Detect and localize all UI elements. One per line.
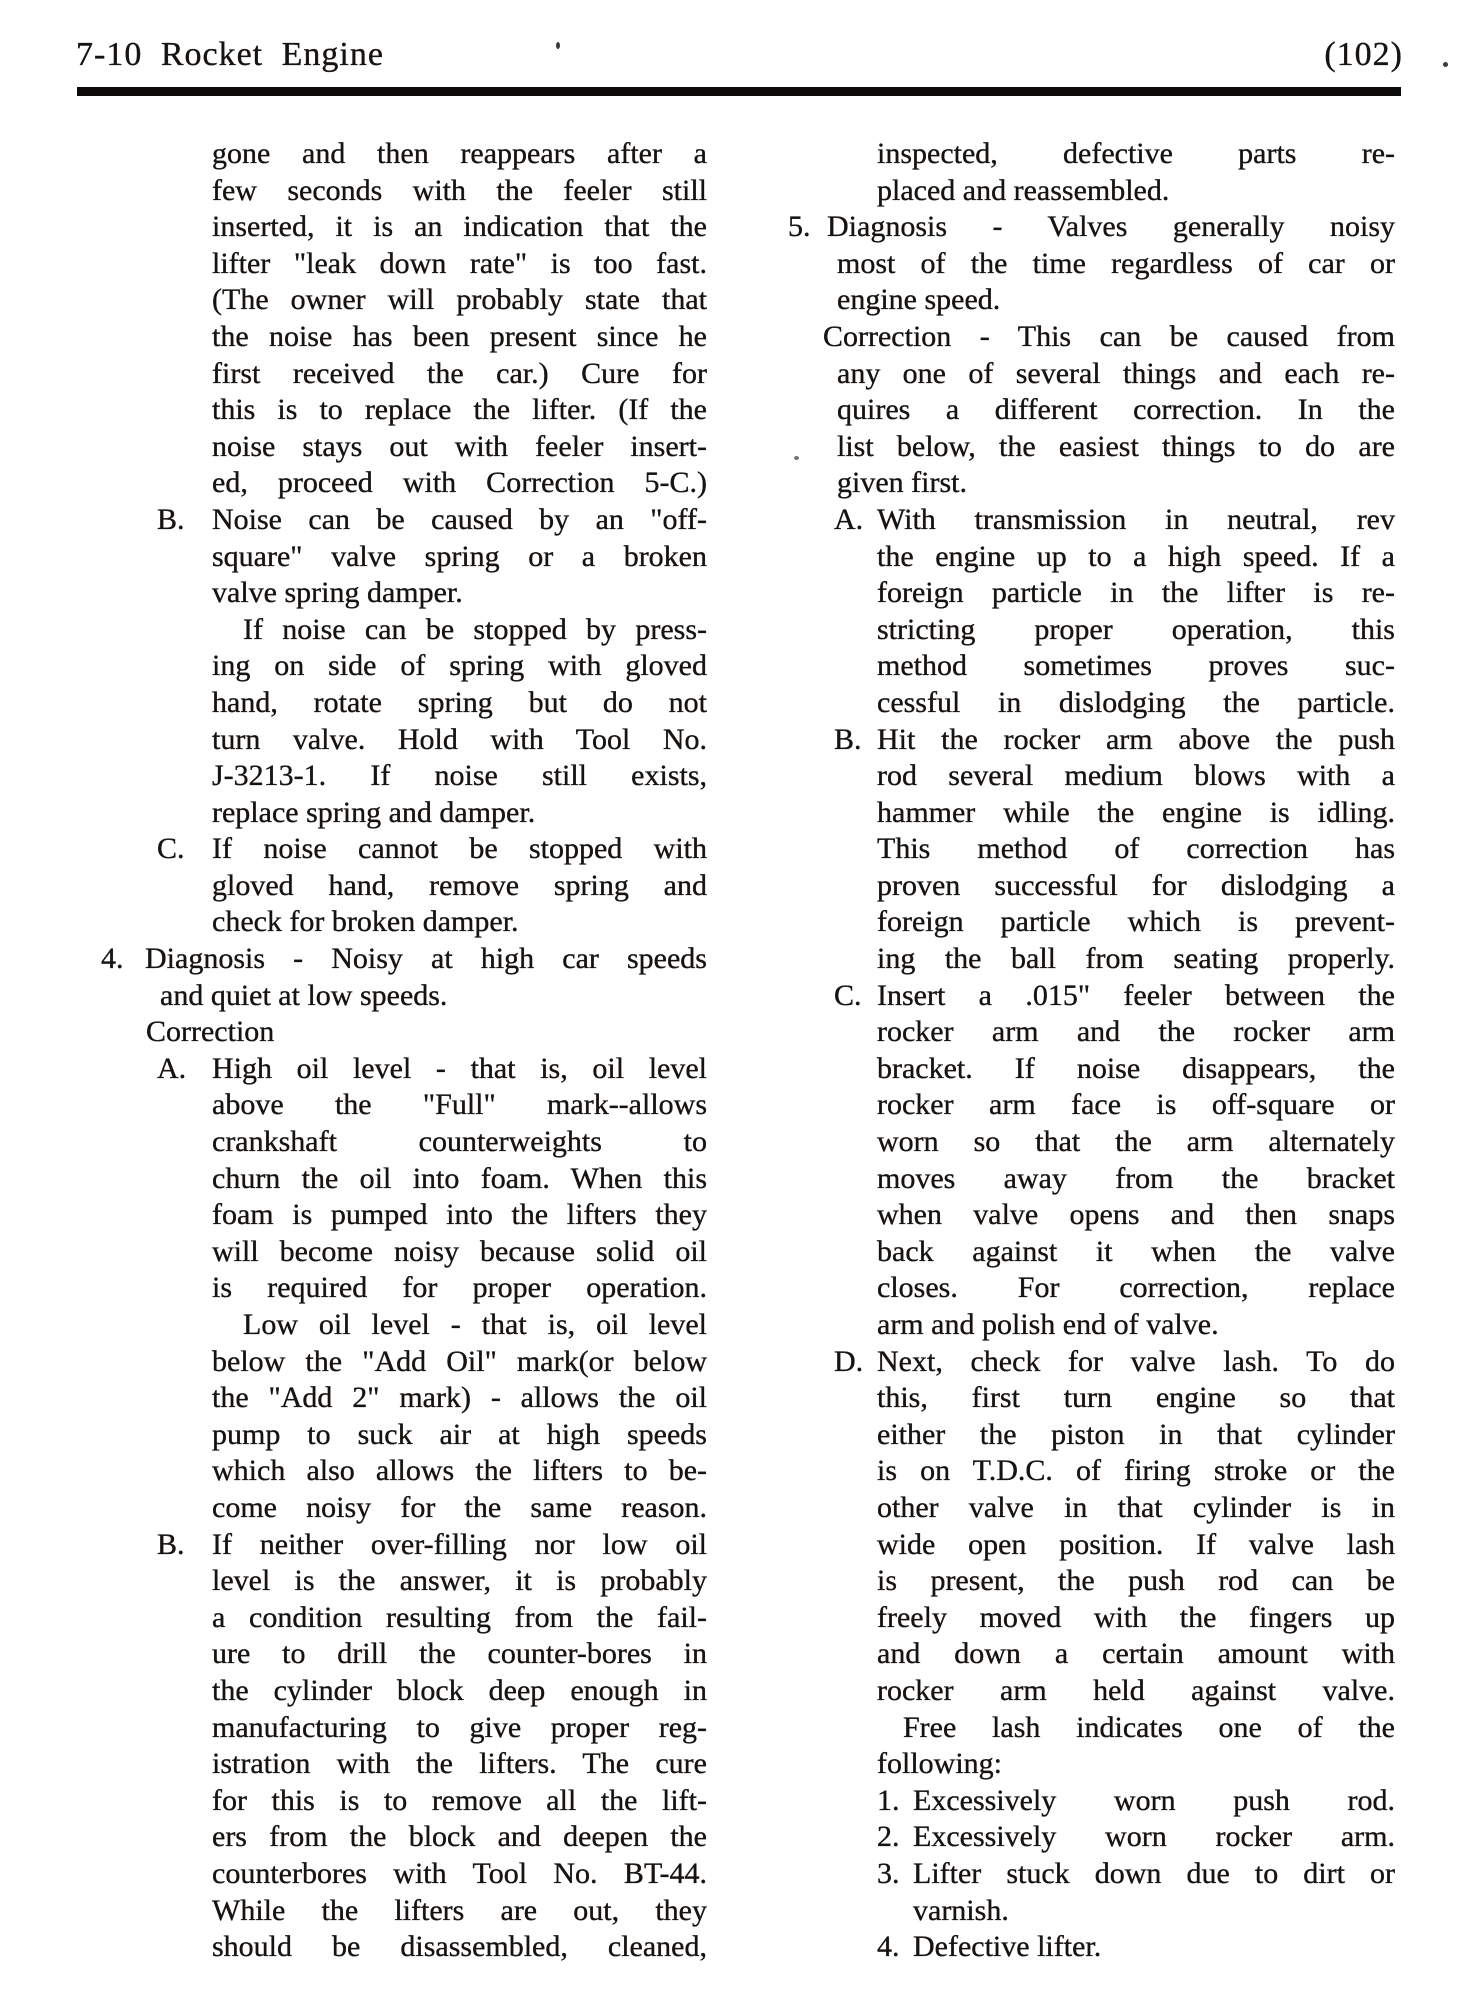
text-block: Correction bbox=[101, 1014, 707, 1051]
text-line: should be disassembled, cleaned, bbox=[212, 1929, 707, 1966]
text-line: varnish. bbox=[913, 1893, 1395, 1930]
text-line: lifter "leak down rate" is too fast. bbox=[212, 246, 707, 283]
right-column: inspected, defective parts re-placed and… bbox=[788, 136, 1395, 1966]
text-line: crankshaft counterweights to bbox=[212, 1124, 707, 1161]
text-block: gone and then reappears after afew secon… bbox=[101, 136, 707, 502]
text-line: Correction - This can be caused from bbox=[837, 319, 1395, 356]
text-line: is required for proper operation. bbox=[212, 1270, 707, 1307]
section-title: 7-10 Rocket Engine bbox=[76, 36, 384, 74]
text-line: valve spring damper. bbox=[212, 575, 707, 612]
text-line: placed and reassembled. bbox=[877, 173, 1395, 210]
scan-speck bbox=[1443, 62, 1448, 67]
list-label: A. bbox=[834, 502, 863, 539]
text-line: above the "Full" mark--allows bbox=[212, 1087, 707, 1124]
text-block: C.If noise cannot be stopped withgloved … bbox=[101, 831, 707, 941]
text-line: turn valve. Hold with Tool No. bbox=[212, 722, 707, 759]
text-line: is present, the push rod can be bbox=[877, 1563, 1395, 1600]
list-label: 4. bbox=[101, 941, 124, 978]
text-line: any one of several things and each re- bbox=[837, 356, 1395, 393]
text-block: inspected, defective parts re-placed and… bbox=[788, 136, 1395, 209]
text-block: 5.Diagnosis - Valves generally noisymost… bbox=[788, 209, 1395, 319]
text-line: ed, proceed with Correction 5-C.) bbox=[212, 465, 707, 502]
text-line: this, first turn engine so that bbox=[877, 1380, 1395, 1417]
text-line: counterbores with Tool No. BT-44. bbox=[212, 1856, 707, 1893]
text-line: rocker arm face is off-square or bbox=[877, 1087, 1395, 1124]
text-line: ure to drill the counter-bores in bbox=[212, 1636, 707, 1673]
text-line: Lifter stuck down due to dirt or bbox=[913, 1856, 1395, 1893]
page-number: (102) bbox=[1324, 36, 1403, 74]
text-line: cessful in dislodging the particle. bbox=[877, 685, 1395, 722]
text-line: Defective lifter. bbox=[913, 1929, 1395, 1966]
text-line: first received the car.) Cure for bbox=[212, 356, 707, 393]
text-line: pump to suck air at high speeds bbox=[212, 1417, 707, 1454]
text-line: square" valve spring or a broken bbox=[212, 539, 707, 576]
text-line: Insert a .015" feeler between the bbox=[877, 978, 1395, 1015]
text-line: If noise cannot be stopped with bbox=[212, 831, 707, 868]
text-line: rocker arm and the rocker arm bbox=[877, 1014, 1395, 1051]
text-block: 4.Diagnosis - Noisy at high car speedsan… bbox=[101, 941, 707, 1014]
list-label: 4. bbox=[877, 1929, 900, 1966]
text-block: 1.Excessively worn push rod. bbox=[788, 1783, 1395, 1820]
text-line: a condition resulting from the fail- bbox=[212, 1600, 707, 1637]
text-line: engine speed. bbox=[837, 282, 1395, 319]
list-label: 5. bbox=[788, 209, 811, 246]
text-line: High oil level - that is, oil level bbox=[212, 1051, 707, 1088]
text-line: inspected, defective parts re- bbox=[877, 136, 1395, 173]
text-line: Next, check for valve lash. To do bbox=[877, 1344, 1395, 1381]
left-column: gone and then reappears after afew secon… bbox=[101, 136, 707, 1966]
text-line: the noise has been present since he bbox=[212, 319, 707, 356]
text-line: arm and polish end of valve. bbox=[877, 1307, 1395, 1344]
text-line: gone and then reappears after a bbox=[212, 136, 707, 173]
text-line: hand, rotate spring but do not bbox=[212, 685, 707, 722]
text-line: rod several medium blows with a bbox=[877, 758, 1395, 795]
text-block: If noise can be stopped by press-ing on … bbox=[101, 612, 707, 832]
text-block: B.Hit the rocker arm above the pushrod s… bbox=[788, 722, 1395, 978]
text-line: ing on side of spring with gloved bbox=[212, 648, 707, 685]
text-line: churn the oil into foam. When this bbox=[212, 1161, 707, 1198]
text-block: D.Next, check for valve lash. To dothis,… bbox=[788, 1344, 1395, 1710]
text-line: stricting proper operation, this bbox=[877, 612, 1395, 649]
list-label: D. bbox=[834, 1344, 863, 1381]
list-label: 1. bbox=[877, 1783, 900, 1820]
list-label: B. bbox=[157, 1527, 185, 1564]
text-line: below the "Add Oil" mark(or below bbox=[212, 1344, 707, 1381]
text-line: moves away from the bracket bbox=[877, 1161, 1395, 1198]
text-line: wide open position. If valve lash bbox=[877, 1527, 1395, 1564]
manual-page: 7-10 Rocket Engine (102) gone and then r… bbox=[0, 0, 1483, 1992]
list-label: 3. bbox=[877, 1856, 900, 1893]
text-block: Free lash indicates one of thefollowing: bbox=[788, 1710, 1395, 1783]
text-line: the "Add 2" mark) - allows the oil bbox=[212, 1380, 707, 1417]
page-header: 7-10 Rocket Engine (102) bbox=[76, 36, 1403, 74]
text-block: C.Insert a .015" feeler between therocke… bbox=[788, 978, 1395, 1344]
text-line: hammer while the engine is idling. bbox=[877, 795, 1395, 832]
text-line: replace spring and damper. bbox=[212, 795, 707, 832]
text-line: This method of correction has bbox=[877, 831, 1395, 868]
text-line: when valve opens and then snaps bbox=[877, 1197, 1395, 1234]
text-line: If noise can be stopped by press- bbox=[212, 612, 707, 649]
text-line: gloved hand, remove spring and bbox=[212, 868, 707, 905]
text-line: bracket. If noise disappears, the bbox=[877, 1051, 1395, 1088]
text-line: noise stays out with feeler insert- bbox=[212, 429, 707, 466]
text-line: few seconds with the feeler still bbox=[212, 173, 707, 210]
text-line: Excessively worn rocker arm. bbox=[913, 1819, 1395, 1856]
text-line: Excessively worn push rod. bbox=[913, 1783, 1395, 1820]
list-label: 2. bbox=[877, 1819, 900, 1856]
text-line: rocker arm held against valve. bbox=[877, 1673, 1395, 1710]
text-line: following: bbox=[877, 1746, 1395, 1783]
text-line: freely moved with the fingers up bbox=[877, 1600, 1395, 1637]
text-line: foreign particle in the lifter is re- bbox=[877, 575, 1395, 612]
text-line: ers from the block and deepen the bbox=[212, 1819, 707, 1856]
text-line: either the piston in that cylinder bbox=[877, 1417, 1395, 1454]
scan-speck bbox=[556, 42, 560, 49]
text-line: Diagnosis - Noisy at high car speeds bbox=[160, 941, 707, 978]
header-rule bbox=[77, 87, 1401, 96]
text-line: Diagnosis - Valves generally noisy bbox=[837, 209, 1395, 246]
text-line: other valve in that cylinder is in bbox=[877, 1490, 1395, 1527]
text-block: 4.Defective lifter. bbox=[788, 1929, 1395, 1966]
scan-speck bbox=[794, 456, 799, 460]
text-line: foam is pumped into the lifters they bbox=[212, 1197, 707, 1234]
text-line: (The owner will probably state that bbox=[212, 282, 707, 319]
list-label: B. bbox=[157, 502, 185, 539]
text-line: this is to replace the lifter. (If the bbox=[212, 392, 707, 429]
text-line: which also allows the lifters to be- bbox=[212, 1453, 707, 1490]
text-line: for this is to remove all the lift- bbox=[212, 1783, 707, 1820]
text-line: Hit the rocker arm above the push bbox=[877, 722, 1395, 759]
text-line: list below, the easiest things to do are bbox=[837, 429, 1395, 466]
text-line: closes. For correction, replace bbox=[877, 1270, 1395, 1307]
list-label: C. bbox=[834, 978, 862, 1015]
text-block: B.If neither over-filling nor low oillev… bbox=[101, 1527, 707, 1966]
text-line: Noise can be caused by an "off- bbox=[212, 502, 707, 539]
text-line: proven successful for dislodging a bbox=[877, 868, 1395, 905]
text-line: ing the ball from seating properly. bbox=[877, 941, 1395, 978]
text-block: 3.Lifter stuck down due to dirt orvarnis… bbox=[788, 1856, 1395, 1929]
text-line: check for broken damper. bbox=[212, 904, 707, 941]
text-line: If neither over-filling nor low oil bbox=[212, 1527, 707, 1564]
text-line: will become noisy because solid oil bbox=[212, 1234, 707, 1271]
text-line: back against it when the valve bbox=[877, 1234, 1395, 1271]
text-line: level is the answer, it is probably bbox=[212, 1563, 707, 1600]
text-line: and quiet at low speeds. bbox=[160, 978, 707, 1015]
text-block: B.Noise can be caused by an "off-square"… bbox=[101, 502, 707, 612]
list-label: B. bbox=[834, 722, 862, 759]
text-line: given first. bbox=[837, 465, 1395, 502]
text-block: A.With transmission in neutral, revthe e… bbox=[788, 502, 1395, 722]
text-line: While the lifters are out, they bbox=[212, 1893, 707, 1930]
text-line: is on T.D.C. of firing stroke or the bbox=[877, 1453, 1395, 1490]
text-line: istration with the lifters. The cure bbox=[212, 1746, 707, 1783]
text-line: manufacturing to give proper reg- bbox=[212, 1710, 707, 1747]
text-block: 2.Excessively worn rocker arm. bbox=[788, 1819, 1395, 1856]
text-line: quires a different correction. In the bbox=[837, 392, 1395, 429]
text-line: worn so that the arm alternately bbox=[877, 1124, 1395, 1161]
text-block: A.High oil level - that is, oil levelabo… bbox=[101, 1051, 707, 1307]
text-line: inserted, it is an indication that the bbox=[212, 209, 707, 246]
text-line: method sometimes proves suc- bbox=[877, 648, 1395, 685]
text-block: Correction - This can be caused fromany … bbox=[788, 319, 1395, 502]
text-line: Correction bbox=[146, 1014, 707, 1051]
list-label: C. bbox=[157, 831, 185, 868]
text-line: and down a certain amount with bbox=[877, 1636, 1395, 1673]
text-line: J-3213-1. If noise still exists, bbox=[212, 758, 707, 795]
text-line: the cylinder block deep enough in bbox=[212, 1673, 707, 1710]
text-line: foreign particle which is prevent- bbox=[877, 904, 1395, 941]
text-line: With transmission in neutral, rev bbox=[877, 502, 1395, 539]
text-line: the engine up to a high speed. If a bbox=[877, 539, 1395, 576]
text-line: Free lash indicates one of the bbox=[877, 1710, 1395, 1747]
list-label: A. bbox=[157, 1051, 186, 1088]
text-line: most of the time regardless of car or bbox=[837, 246, 1395, 283]
text-line: Low oil level - that is, oil level bbox=[212, 1307, 707, 1344]
text-line: come noisy for the same reason. bbox=[212, 1490, 707, 1527]
text-block: Low oil level - that is, oil levelbelow … bbox=[101, 1307, 707, 1527]
